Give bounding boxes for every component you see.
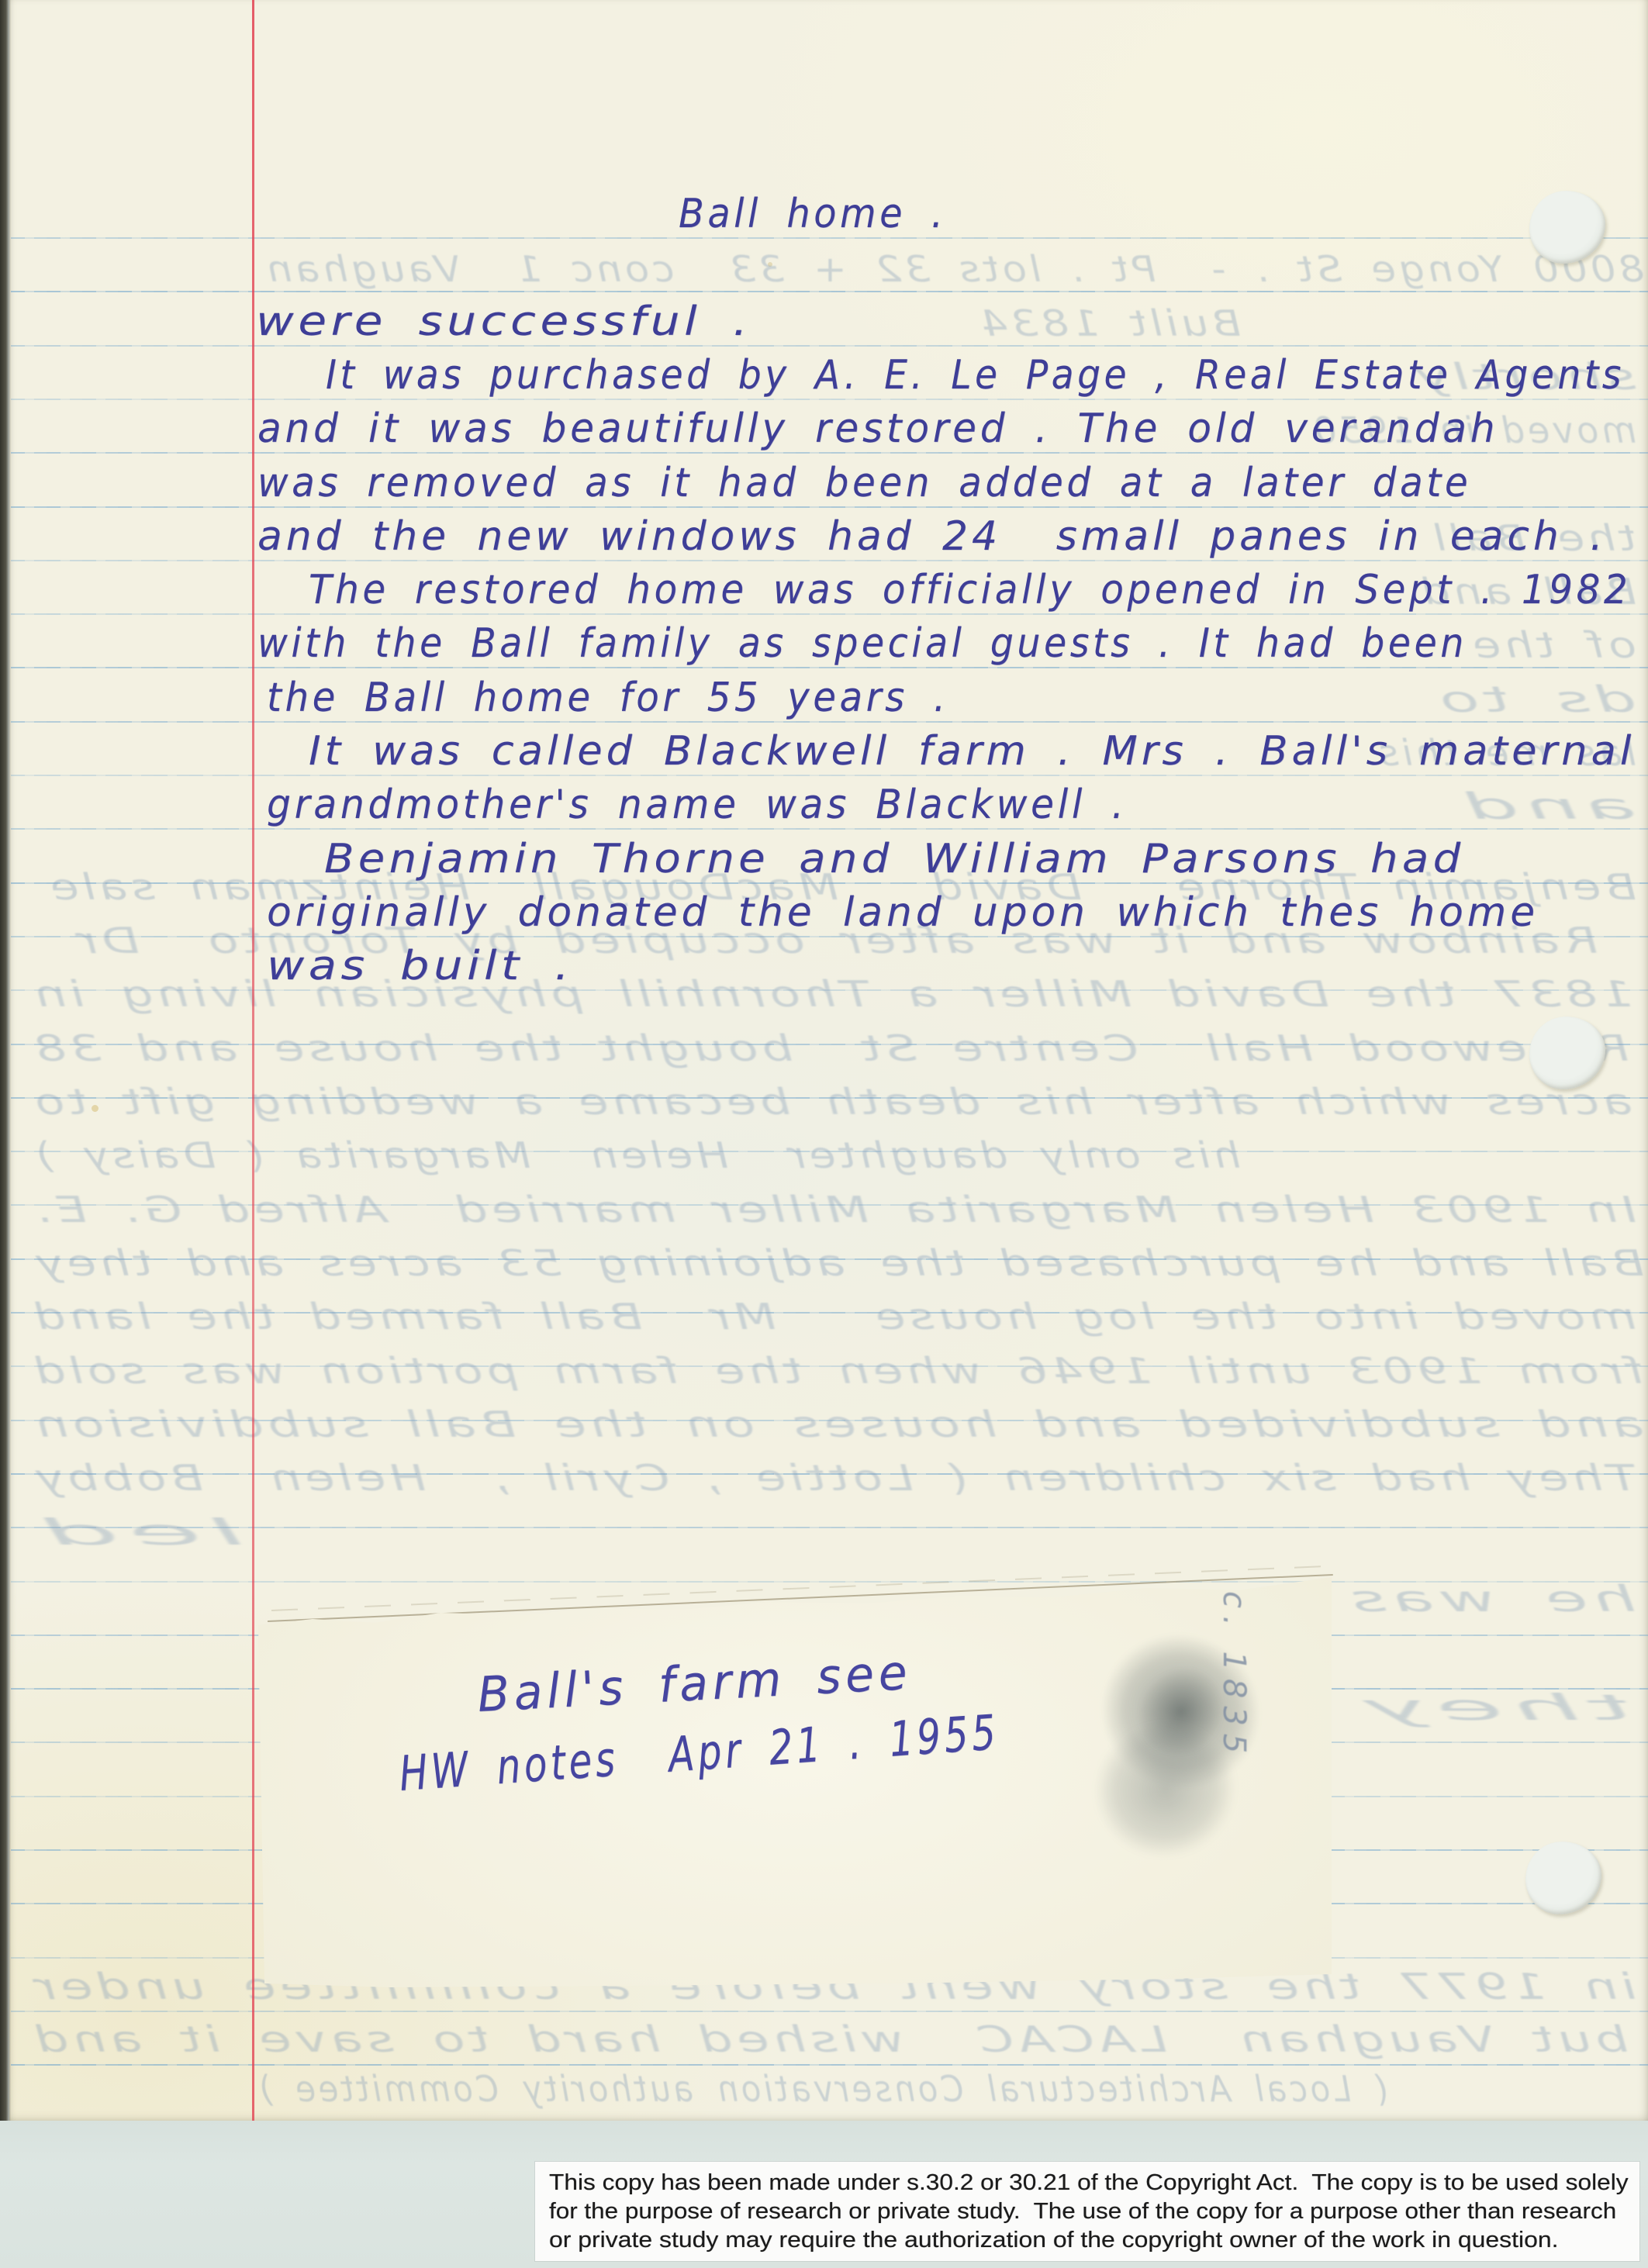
copyright-text-layer: This copy has been made under s.30.2 or … (0, 0, 1648, 2268)
copyright-line: This copy has been made under s.30.2 or … (549, 2169, 1629, 2197)
scanned-page: 8000 Yonge St . - Pt . lots 32 + 33 conc… (0, 0, 1648, 2268)
copyright-line: for the purpose of research or private s… (549, 2197, 1616, 2226)
copyright-line: or private study may require the authori… (549, 2226, 1559, 2255)
